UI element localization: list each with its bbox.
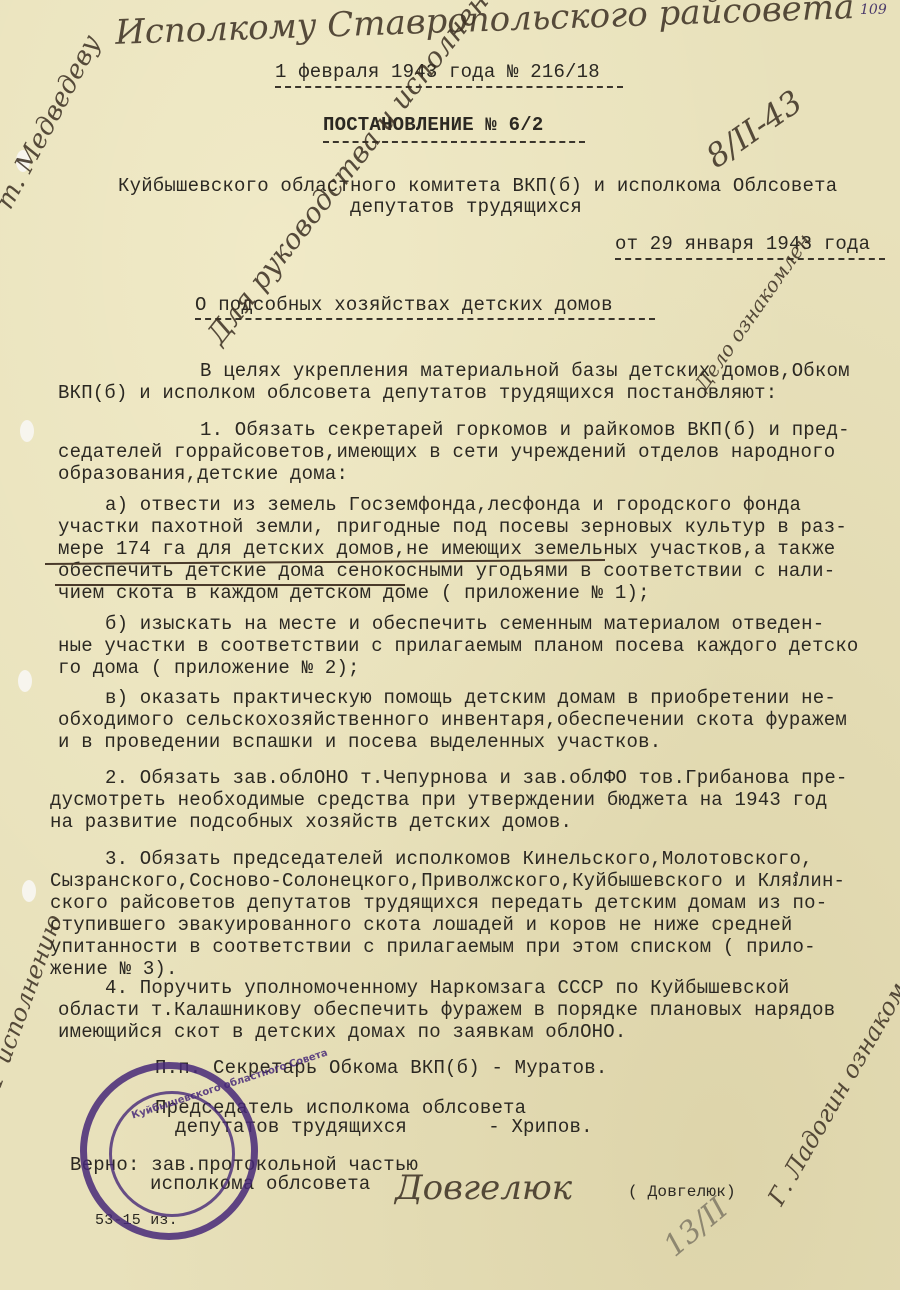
item1c-line: обходимого сельскохозяйственного инвента… [58,710,847,731]
item3-line: упитанности в соответствии с прилагаемым… [50,937,816,958]
item3-line: 3. Обязать председателей исполкомов Кине… [105,849,813,870]
item2-line: на развитие подсобных хозяйств детских д… [50,812,572,833]
item3-line: ского райсоветов депутатов трудящихся пе… [50,893,827,914]
punch-hole [20,420,34,442]
stamp-inner-ring [109,1091,235,1217]
item2-line: 2. Обязать зав.облОНО т.Чепурнова и зав.… [105,768,848,789]
ink-underline [55,584,405,586]
handwritten-date: 8/II-43 [699,82,809,175]
item1a-line: обеспечить детские дома сенокосными угод… [58,561,835,582]
punch-hole [18,670,32,692]
document-page: 109 1 февраля 1943 года № 216/18 ПОСТАНО… [0,0,900,1290]
item1-line: 1. Обязать секретарей горкомов и райкомо… [200,420,850,441]
dated-underline [615,258,885,260]
item1c-line: и в проведении вспашки и посева выделенн… [58,732,661,753]
item1b-line: го дома ( приложение № 2); [58,658,360,679]
item1a-line: участки пахотной земли, пригодные под по… [58,517,847,538]
official-stamp: Куйбышевского областного Совета [80,1062,258,1240]
item3-line: ступившего эвакуированного скота лошадей… [50,915,793,936]
preamble-line: В целях укрепления материальной базы дет… [200,361,850,382]
item2-line: дусмотреть необходимые средства при утве… [50,790,827,811]
item1a-line: чием скота в каждом детском доме ( прило… [58,583,650,604]
page-number: 109 [860,2,887,18]
issuer-line-1: Куйбышевского областного комитета ВКП(б)… [118,176,837,197]
item3-line: Сызранского,Сосново-Солонецкого,Приволжс… [50,871,845,892]
handwritten-signature: Довгелюк [395,1168,572,1208]
item1c-line: в) оказать практическую помощь детским д… [105,688,836,709]
item1-line: образования,детские дома: [58,464,348,485]
item4-line: имеющийся скот в детских домах по заявка… [58,1022,627,1043]
preamble-line: ВКП(б) и исполком облсовета депутатов тр… [58,383,777,404]
item1-line: седателей горрайсоветов,имеющих в сети у… [58,442,835,463]
item1b-line: ные участки в соответствии с прилагаемым… [58,636,859,657]
secretary-signature: П.п. Секретарь Обкома ВКП(б) - Муратов. [155,1058,607,1079]
issuer-line-2: депутатов трудящихся [350,197,582,218]
item1a-line: мере 174 га для детских домов,не имеющих… [58,539,835,560]
document-date: от 29 января 1943 года [615,234,870,255]
item1a-line: а) отвести из земель Госземфонда,лесфонд… [105,495,801,516]
item4-line: 4. Поручить уполномоченному Наркомзага С… [105,978,790,999]
item1b-line: б) изыскать на месте и обеспечить семенн… [105,614,824,635]
punch-hole [22,880,36,902]
item4-line: области т.Калашникову обеспечить фуражем… [58,1000,835,1021]
handwritten-addressee: т. Медведеву [0,30,107,214]
date-underline [275,86,623,88]
subject-underline [195,318,655,320]
